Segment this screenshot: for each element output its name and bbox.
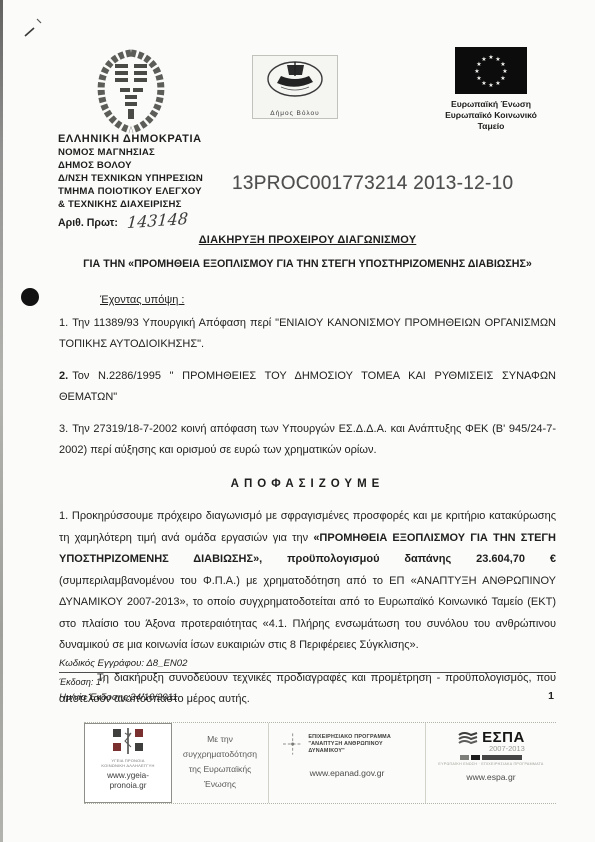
svg-text:★: ★ [495,80,500,87]
cofinancing-line: συγχρηματοδότηση [172,747,268,762]
ygeia-pronoia-logo-icon [110,728,146,756]
epanad-url: www.epanad.gov.gr [277,768,417,778]
svg-text:★: ★ [488,82,493,89]
document-subtitle: ΓΙΑ ΤΗΝ «ΠΡΟΜΗΘΕΙΑ ΕΞΟΠΛΙΣΜΟΥ ΓΙΑ ΤΗΝ ΣΤ… [59,257,556,271]
eu-flag-icon: ★★★ ★★★ ★★★ ★★★ [455,47,527,94]
item-text: Την 11389/93 Υπουργική Απόφαση περί "ΕΝΙ… [59,317,556,350]
proc-registry-stamp: 13PROC001773214 2013-12-10 [232,173,572,195]
eu-caption-line: Ταμείο [418,121,564,132]
decision-heading: ΑΠΟΦΑΣΙΖΟΥΜΕ [59,474,556,495]
document-title: ΔΙΑΚΗΡΥΞΗ ΠΡΟΧΕΙΡΟΥ ΔΙΑΓΩΝΙΣΜΟΥ [59,233,556,247]
svg-text:★: ★ [474,68,479,75]
issuing-authority-block: ΕΛΛΗΝΙΚΗ ΔΗΜΟΚΡΑΤΙΑ ΝΟΜΟΣ ΜΑΓΝΗΣΙΑΣ ΔΗΜΟ… [58,133,203,230]
item-number: 3. [59,423,68,435]
eu-caption-line: Ευρωπαϊκή Ένωση [418,99,564,110]
protocol-label: Αριθ. Πρωτ: [58,217,118,229]
ygeia-pronoia-cell: ΥΓΕΙΑ ΠΡΟΝΟΙΑ ΚΟΙΝΩΝΙΚΗ ΑΛΛΗΛΕΓΓΥΗ www.y… [84,723,172,803]
document-code: Κωδικός Εγγράφου: Δ8_ΕΝ02 [59,658,556,669]
svg-text:★: ★ [481,56,486,63]
authority-line: ΔΗΜΟΣ ΒΟΛΟΥ [58,159,203,172]
espa-wave-icon [457,731,479,746]
preamble-heading: Έχοντας υπόψη : [100,290,556,311]
protocol-number-row: Αριθ. Πρωτ:143148 [58,214,203,230]
hellenic-republic-emblem-icon [90,46,172,141]
eu-fund-caption: Ευρωπαϊκή Ένωση Ευρωπαϊκό Κοινωνικό Ταμε… [418,99,564,131]
authority-line: ΝΟΜΟΣ ΜΑΓΝΗΣΙΑΣ [58,146,203,159]
cofinancing-line: της Ευρωπαϊκής [172,762,268,777]
item-number: 1. [59,317,68,329]
decision-paragraph: 1. Προκηρύσσουμε πρόχειρο διαγωνισμό με … [59,506,556,657]
preamble-item-3: 3.Την 27319/18-7-2002 κοινή απόφαση των … [59,419,556,461]
decision-text-normal: (συμπεριλαμβανομένου του Φ.Π.Α.) με χρημ… [59,575,556,652]
footer-meta-block: Κωδικός Εγγράφου: Δ8_ΕΝ02 Έκδοση: 1η Ημ/… [59,658,556,703]
espa-tiny-caption: ΕΥΡΩΠΑΪΚΗ ΕΝΩΣΗ · ΕΠΙΧΕΙΡΗΣΙΑΚΑ ΠΡΟΓΡΑΜΜ… [438,762,543,766]
pen-mark [18,6,52,47]
volos-logo-caption: Δήμος Βόλου [253,110,337,117]
svg-text:★: ★ [488,54,493,61]
hole-punch-dot [21,288,39,306]
eu-caption-line: Ευρωπαϊκό Κοινωνικό [418,110,564,121]
protocol-number-handwritten: 143148 [126,212,188,229]
page-number: 1 [548,690,554,702]
svg-text:★: ★ [481,80,486,87]
epanad-program-title: ΕΠΙΧΕΙΡΗΣΙΑΚΟ ΠΡΟΓΡΑΜΜΑ "ΑΝΑΠΤΥΞΗ ΑΝΘΡΩΠ… [308,734,417,755]
authority-line: Δ/ΝΣΗ ΤΕΧΝΙΚΩΝ ΥΠΗΡΕΣΙΩΝ [58,172,203,185]
epanad-star-icon [283,733,302,755]
espa-logo-text: ΕΣΠΑ [482,731,525,745]
espa-cell: ΕΣΠΑ 2007-2013 ΕΥΡΩΠΑΪΚΗ ΕΝΩΣΗ · ΕΠΙΧΕΙΡ… [426,723,556,803]
scan-edge-artifact [0,0,3,842]
ygeia-tiny-caption: ΥΓΕΙΑ ΠΡΟΝΟΙΑ ΚΟΙΝΩΝΙΚΗ ΑΛΛΗΛΕΓΓΥΗ [101,758,154,768]
preamble-item-1: 1.Την 11389/93 Υπουργική Απόφαση περί "Ε… [59,313,556,355]
item-number: 2. [59,370,68,382]
footer-divider [59,672,556,673]
espa-logo-years: 2007-2013 [482,745,525,753]
cofinancing-line: Ένωσης [172,777,268,792]
espa-logo-bars [460,755,522,760]
volos-municipality-logo: Δήμος Βόλου [252,55,338,119]
ygeia-pronoia-url: www.ygeia- pronoia.gr [107,771,149,791]
preamble-item-2: 2.Τον Ν.2286/1995 " ΠΡΟΜΗΘΕΙΕΣ ΤΟΥ ΔΗΜΟΣ… [59,366,556,408]
authority-line: ΤΜΗΜΑ ΠΟΙΟΤΙΚΟΥ ΕΛΕΓΧΟΥ [58,185,203,198]
authority-line: ΕΛΛΗΝΙΚΗ ΔΗΜΟΚΡΑΤΙΑ [58,133,203,146]
cofinancing-note-cell: Με την συγχρηματοδότηση της Ευρωπαϊκής Έ… [172,723,269,803]
item-text: Την 27319/18-7-2002 κοινή απόφαση των Υπ… [59,423,556,456]
scanned-document-page: Δήμος Βόλου ★★★ ★★★ ★★★ ★★★ Ευρωπαϊκή Έν… [0,0,595,842]
issue-date-row: Ημ/νία Έκδοσης:24/10/2011 1 [59,692,556,703]
svg-text:★: ★ [476,75,481,82]
svg-text:★: ★ [502,68,507,75]
epanad-cell: ΕΠΙΧΕΙΡΗΣΙΑΚΟ ΠΡΟΓΡΑΜΜΑ "ΑΝΑΠΤΥΞΗ ΑΝΘΡΩΠ… [269,723,426,803]
funding-logos-banner: ΥΓΕΙΑ ΠΡΟΝΟΙΑ ΚΟΙΝΩΝΙΚΗ ΑΛΛΗΛΕΓΓΥΗ www.y… [84,722,556,804]
espa-url: www.espa.gr [466,772,515,782]
edition-line: Έκδοση: 1η [59,676,556,687]
svg-text:★: ★ [500,61,505,68]
svg-text:★: ★ [500,75,505,82]
issue-date: Ημ/νία Έκδοσης:24/10/2011 [59,692,178,703]
document-body: ΔΙΑΚΗΡΥΞΗ ΠΡΟΧΕΙΡΟΥ ΔΙΑΓΩΝΙΣΜΟΥ ΓΙΑ ΤΗΝ … [59,233,556,722]
cofinancing-line: Με την [172,732,268,747]
item-text: Τον Ν.2286/1995 " ΠΡΟΜΗΘΕΙΕΣ ΤΟΥ ΔΗΜΟΣΙΟ… [59,370,556,403]
